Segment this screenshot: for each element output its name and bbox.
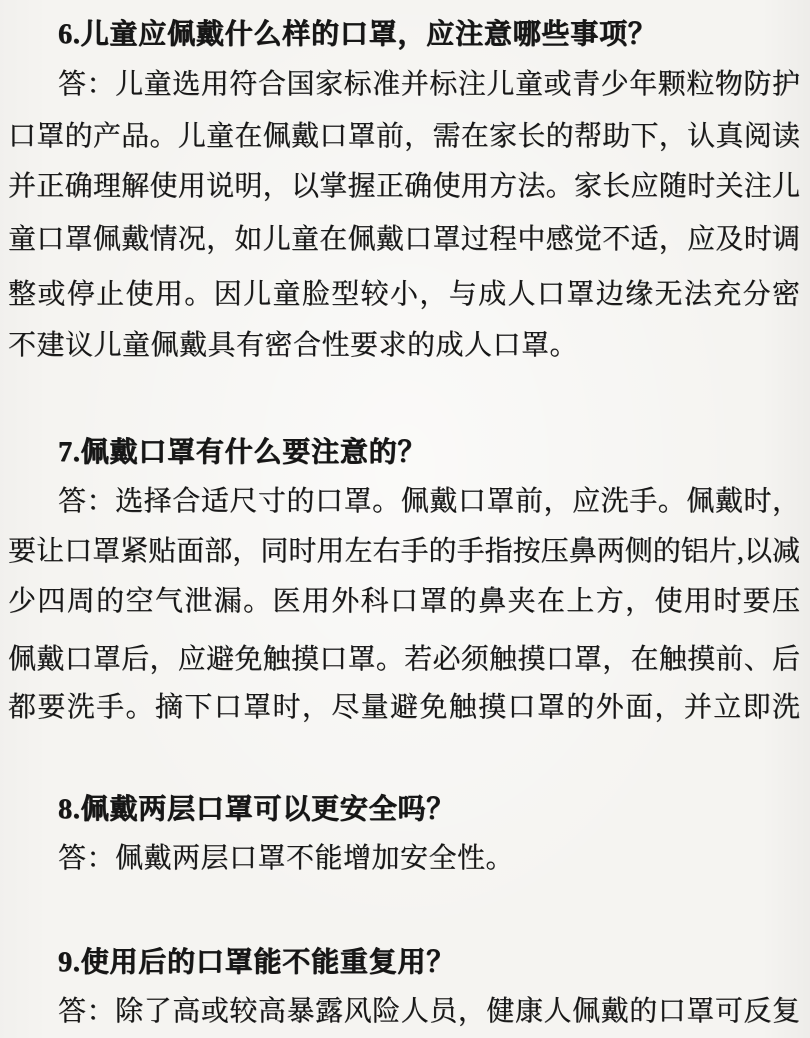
- question-8-heading: 8.佩戴两层口罩可以更安全吗？: [58, 793, 455, 827]
- document-page: 6.儿童应佩戴什么样的口罩，应注意哪些事项？ 答：儿童选用符合国家标准并标注儿童…: [0, 0, 810, 1038]
- question-6-answer-line-3: 并正确理解使用说明，以掌握正确使用方法。家长应随时关注儿: [8, 170, 800, 204]
- question-6-answer-line-4: 童口罩佩戴情况，如儿童在佩戴口罩过程中感觉不适，应及时调: [8, 223, 800, 257]
- question-9-heading: 9.使用后的口罩能不能重复用？: [58, 946, 455, 980]
- question-6-answer-line-2: 口罩的产品。儿童在佩戴口罩前，需在家长的帮助下，认真阅读: [8, 120, 800, 154]
- question-7-answer-line-5: 都要洗手。摘下口罩时，尽量避免触摸口罩的外面，并立即洗手。: [8, 691, 800, 725]
- question-6-answer-line-1: 答：儿童选用符合国家标准并标注儿童或青少年颗粒物防护: [58, 68, 800, 102]
- question-7-answer-line-3: 少四周的空气泄漏。医用外科口罩的鼻夹在上方，使用时要压紧。: [8, 585, 800, 619]
- question-8-answer-line-1: 答：佩戴两层口罩不能增加安全性。: [58, 842, 514, 876]
- question-9-answer-line-1: 答：除了高或较高暴露风险人员，健康人佩戴的口罩可反复: [58, 995, 800, 1029]
- question-7-answer-line-1: 答：选择合适尺寸的口罩。佩戴口罩前，应洗手。佩戴时，: [58, 485, 800, 519]
- question-6-answer-line-6: 不建议儿童佩戴具有密合性要求的成人口罩。: [8, 329, 578, 363]
- question-7-answer-line-2: 要让口罩紧贴面部，同时用左右手的手指按压鼻两侧的铝片,以减: [8, 535, 800, 569]
- question-6-answer-line-5: 整或停止使用。因儿童脸型较小，与成人口罩边缘无法充分密合，: [8, 278, 800, 312]
- question-7-answer-line-4: 佩戴口罩后，应避免触摸口罩。若必须触摸口罩，在触摸前、后: [8, 643, 800, 677]
- question-6-heading: 6.儿童应佩戴什么样的口罩，应注意哪些事项？: [58, 18, 657, 52]
- question-7-heading: 7.佩戴口罩有什么要注意的？: [58, 436, 426, 470]
